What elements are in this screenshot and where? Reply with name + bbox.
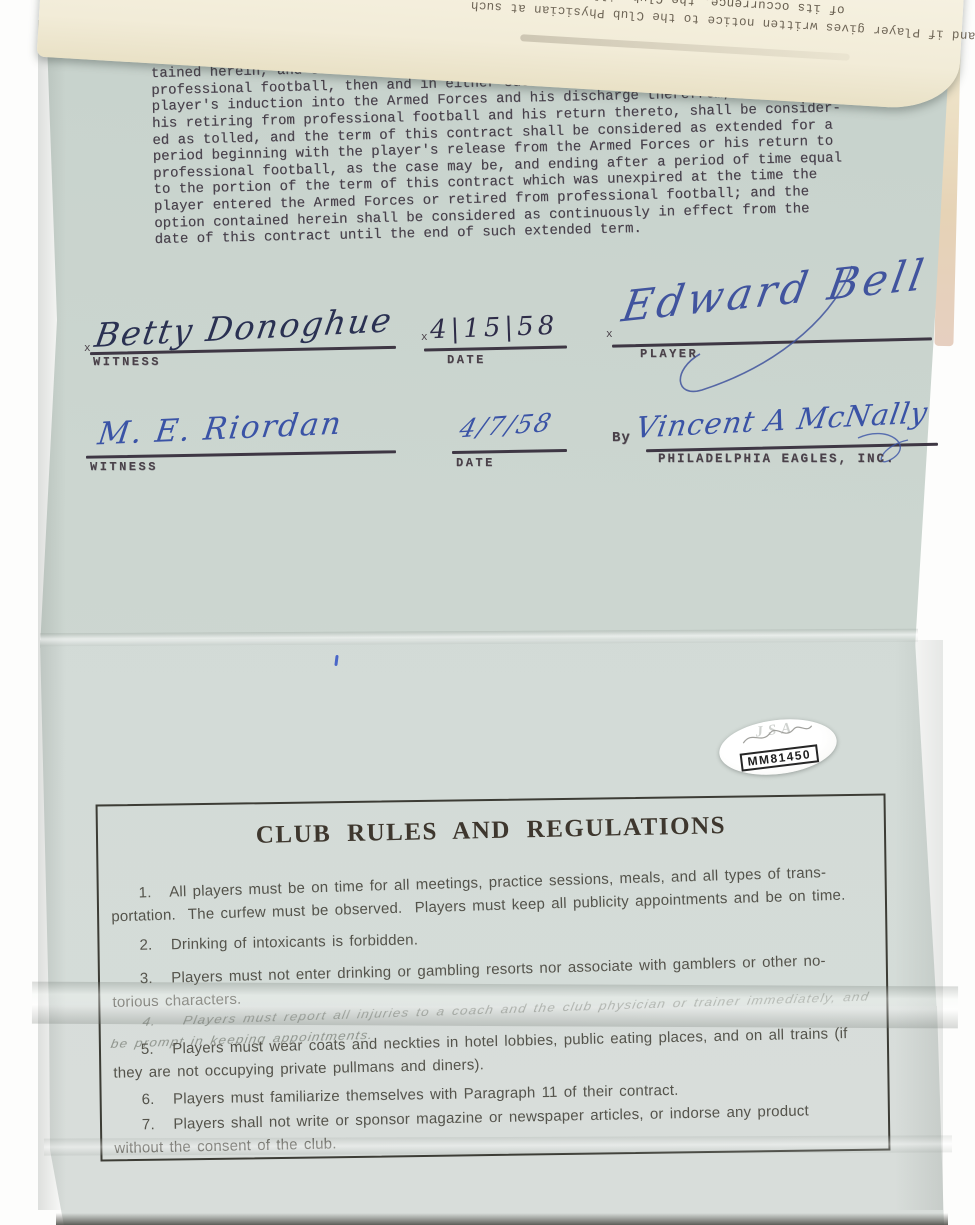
by-label: By xyxy=(612,430,631,446)
club-label: PHILADELPHIA EAGLES, INC. xyxy=(658,452,896,466)
date1-value: 4|15|58 xyxy=(430,311,559,345)
club-rules-box: CLUB RULES AND REGULATIONS 1. All player… xyxy=(96,794,891,1162)
date1-label: DATE xyxy=(447,353,486,367)
page-bottom-edge-shadow xyxy=(56,1213,948,1225)
witness2-label: WITNESS xyxy=(90,460,158,474)
witness1-label: WITNESS xyxy=(93,355,161,369)
photographed-contract-document: of its occurrence, the Club will tract, … xyxy=(0,0,975,1225)
rules-title: CLUB RULES AND REGULATIONS xyxy=(98,809,884,853)
player-label: PLAYER xyxy=(640,347,698,361)
date2-label: DATE xyxy=(456,456,495,470)
x-mark: x xyxy=(421,332,428,344)
x-mark: x xyxy=(84,343,91,355)
x-mark: x xyxy=(606,329,613,341)
rule-item-1: 1. All players must be on time for all m… xyxy=(110,860,881,929)
